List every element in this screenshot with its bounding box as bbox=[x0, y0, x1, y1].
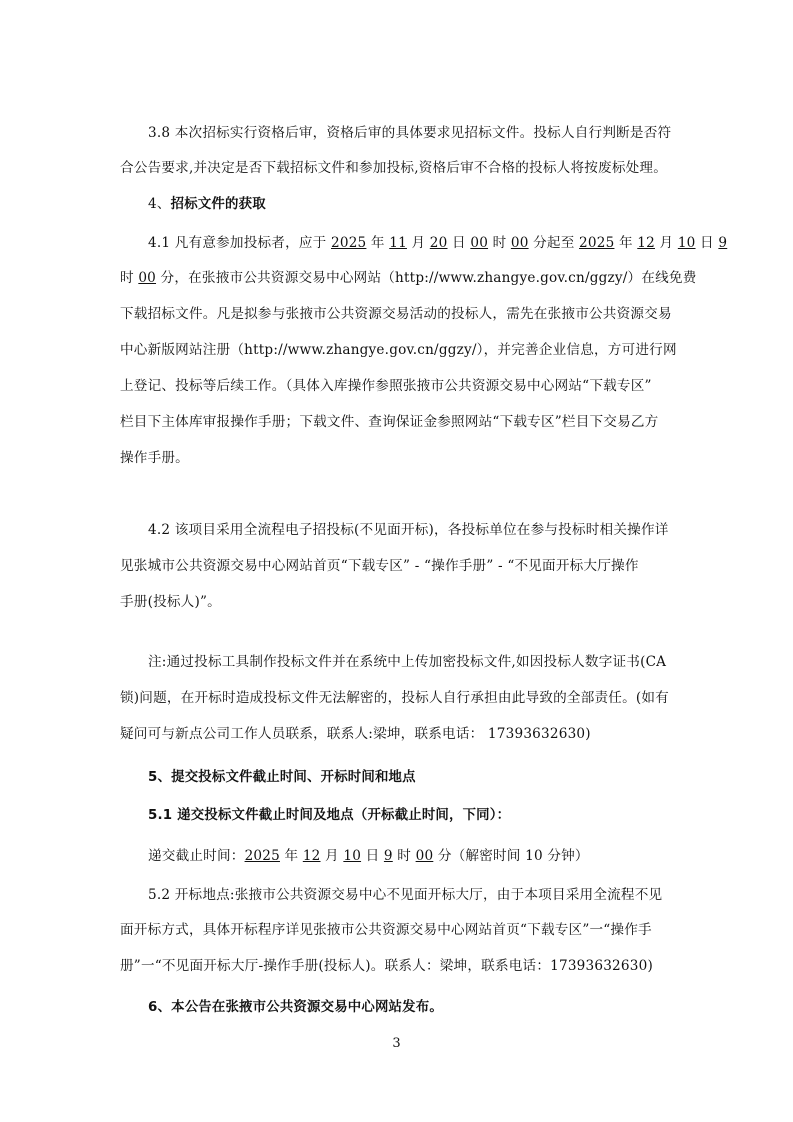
text: 分起至 bbox=[529, 235, 579, 251]
end-day: 10 bbox=[678, 235, 696, 251]
deadline-label: 递交截止时间： bbox=[148, 848, 245, 864]
para-4-1-line2: 时 00 分，在张掖市公共资源交易中心网站（http://www.zhangye… bbox=[120, 268, 680, 288]
deadline-hour: 9 bbox=[384, 848, 393, 864]
text: 月 bbox=[407, 235, 430, 251]
text: 4.1 凡有意参加投标者，应于 bbox=[148, 235, 331, 251]
start-hour: 00 bbox=[470, 235, 488, 251]
section-4-number: 4、 bbox=[148, 196, 171, 212]
end-month: 12 bbox=[637, 235, 655, 251]
start-year: 2025 bbox=[331, 235, 366, 251]
text: 年 bbox=[280, 848, 303, 864]
end-minute: 00 bbox=[138, 270, 156, 286]
note-line3: 疑问可与新点公司工作人员联系，联系人:梁坤，联系电话： 17393632630) bbox=[120, 724, 680, 744]
text: 月 bbox=[321, 848, 344, 864]
para-4-1-line4: 中心新版网站注册（http://www.zhangye.gov.cn/ggzy/… bbox=[120, 340, 680, 360]
para-4-2-line3: 手册(投标人)”。 bbox=[120, 592, 680, 612]
note-line1: 注:通过投标工具制作投标文件并在系统中上传加密投标文件,如因投标人数字证书(CA bbox=[148, 652, 708, 672]
para-4-1-line3: 下载招标文件。凡是拟参与张掖市公共资源交易活动的投标人，需先在张掖市公共资源交易 bbox=[120, 304, 680, 324]
para-5-2-line3: 册”一“不见面开标大厅-操作手册(投标人)。联系人：梁坤，联系电话：173936… bbox=[120, 956, 680, 976]
para-5-2-line2: 面开标方式，具体开标程序详见张掖市公共资源交易中心网站首页“下载专区”一“操作手 bbox=[120, 920, 680, 940]
section-4-title: 招标文件的获取 bbox=[171, 197, 266, 212]
para-4-1-line6: 栏目下主体库审报操作手册；下载文件、查询保证金参照网站“下载专区”栏目下交易乙方 bbox=[120, 412, 680, 432]
text: 分，在张掖市公共资源交易中心网站（http://www.zhangye.gov.… bbox=[156, 270, 697, 286]
section-6-heading: 6、本公告在张掖市公共资源交易中心网站发布。 bbox=[148, 998, 708, 1018]
text: 月 bbox=[655, 235, 678, 251]
para-4-1-line7: 操作手册。 bbox=[120, 448, 680, 468]
end-hour: 9 bbox=[718, 235, 727, 251]
text: 日 bbox=[448, 235, 471, 251]
deadline-month: 12 bbox=[303, 848, 321, 864]
start-month: 11 bbox=[389, 235, 407, 251]
para-4-1-line5: 上登记、投标等后续工作。（具体入库操作参照张掖市公共资源交易中心网站“下载专区” bbox=[120, 376, 680, 396]
para-4-1-line1: 4.1 凡有意参加投标者，应于 2025 年 11 月 20 日 00 时 00… bbox=[148, 233, 708, 253]
deadline-line: 递交截止时间：2025 年 12 月 10 日 9 时 00 分（解密时间 10… bbox=[148, 846, 708, 866]
text: 时 bbox=[393, 848, 416, 864]
start-minute: 00 bbox=[511, 235, 529, 251]
deadline-minute: 00 bbox=[416, 848, 434, 864]
document-page: 3.8 本次招标实行资格后审，资格后审的具体要求见招标文件。投标人自行判断是否符… bbox=[0, 0, 793, 1122]
page-number: 3 bbox=[0, 1036, 793, 1051]
section-5-heading: 5、提交投标文件截止时间、开标时间和地点 bbox=[148, 768, 708, 788]
text: 时 bbox=[120, 270, 138, 286]
text: 时 bbox=[488, 235, 511, 251]
para-3-8-line1: 3.8 本次招标实行资格后审，资格后审的具体要求见招标文件。投标人自行判断是否符 bbox=[148, 123, 708, 143]
section-4-heading: 4、招标文件的获取 bbox=[148, 194, 708, 215]
deadline-day: 10 bbox=[343, 848, 361, 864]
text: 年 bbox=[366, 235, 389, 251]
para-4-2-line2: 见张城市公共资源交易中心网站首页“下载专区” - “操作手册” - “不见面开标… bbox=[120, 556, 680, 576]
para-3-8-line2: 合公告要求,并决定是否下载招标文件和参加投标,资格后审不合格的投标人将按废标处理… bbox=[120, 158, 680, 178]
note-line2: 锁)问题，在开标时造成投标文件无法解密的，投标人自行承担由此导致的全部责任。(如… bbox=[120, 688, 680, 708]
section-5-1-heading: 5.1 递交投标文件截止时间及地点（开标截止时间，下同）： bbox=[148, 806, 708, 826]
text: 日 bbox=[361, 848, 384, 864]
text: 年 bbox=[614, 235, 637, 251]
para-5-2-line1: 5.2 开标地点:张掖市公共资源交易中心不见面开标大厅，由于本项目采用全流程不见 bbox=[148, 885, 708, 905]
end-year: 2025 bbox=[579, 235, 614, 251]
deadline-year: 2025 bbox=[245, 848, 280, 864]
text: 分（解密时间 10 分钟） bbox=[433, 848, 588, 864]
text: 日 bbox=[696, 235, 719, 251]
start-day: 20 bbox=[430, 235, 448, 251]
para-4-2-line1: 4.2 该项目采用全流程电子招投标(不见面开标)，各投标单位在参与投标时相关操作… bbox=[148, 520, 708, 540]
